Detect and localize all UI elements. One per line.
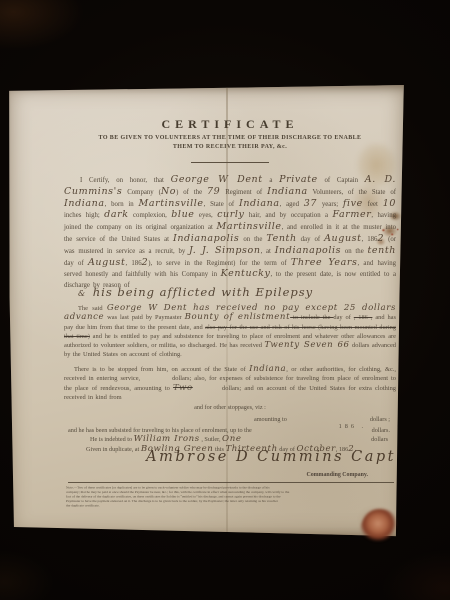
document-content: CERTIFICATE TO BE GIVEN TO VOLUNTEERS AT… (64, 85, 396, 537)
sutler-debt-line: He is indebted to William Irons , Sutler… (64, 435, 396, 444)
certificate-subtitle-line2: THEM TO RECEIVE THEIR PAY, &c. (64, 144, 396, 150)
certify-paragraph: I Certify, on honor, that George W Dent … (64, 175, 396, 292)
title-divider-rule (191, 162, 269, 163)
stoppage-paragraph: There is to be stopped from him, on acco… (64, 365, 396, 402)
document-paper: CERTIFICATE TO BE GIVEN TO VOLUNTEERS AT… (8, 85, 405, 537)
footer-rule (68, 482, 394, 483)
certificate-title: CERTIFICATE (64, 117, 396, 132)
captain-signature: Ambrose D Cummins Capt (146, 449, 396, 465)
footer-note: Note.—Two of these certificates (or dupl… (66, 486, 397, 509)
other-stoppages-line: and for other stoppages, viz : (64, 403, 396, 412)
discharge-reason-line: &his being afflicted with Epilepsy (78, 286, 313, 300)
holding-finger (360, 509, 400, 553)
pay-paragraph: The said George W Dent has received no p… (64, 304, 396, 360)
photo-background: CERTIFICATE TO BE GIVEN TO VOLUNTEERS AT… (0, 0, 450, 600)
signature-role: Commanding Company. (306, 472, 368, 478)
certificate-subtitle-line1: TO BE GIVEN TO VOLUNTEERS AT THE TIME OF… (64, 135, 396, 141)
footer-note-line: the duplicate certificate. (66, 504, 397, 509)
